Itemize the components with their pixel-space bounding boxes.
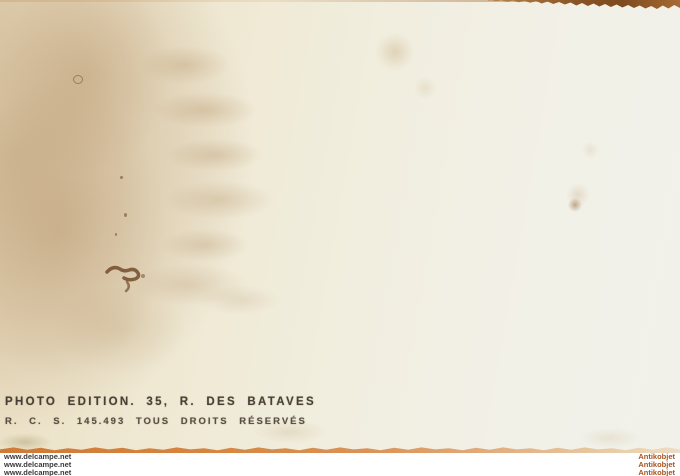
paper-speck [120,176,123,179]
scanned-postcard-image: PHOTO EDITION. 35, R. DES BATAVES R. C. … [0,0,680,476]
water-stain [0,0,680,453]
paper-speck [115,233,117,236]
ink-smudge-mark [103,262,155,296]
publisher-imprint: PHOTO EDITION. 35, R. DES BATAVES R. C. … [5,396,316,427]
paper-ring-mark [73,75,83,84]
watermark-line: Antikobjet [638,469,675,476]
watermark-delcampe: www.delcampe.net www.delcampe.net www.de… [4,453,71,476]
postcard-bottom-edge [0,445,680,453]
paper-speck [124,213,127,217]
postcard-back: PHOTO EDITION. 35, R. DES BATAVES R. C. … [0,0,680,453]
imprint-line-2: R. C. S. 145.493 TOUS DROITS RÉSERVÉS [5,416,316,427]
deckled-edge [488,0,680,10]
imprint-line-1: PHOTO EDITION. 35, R. DES BATAVES [5,396,316,408]
watermark-antikobjet: Antikobjet Antikobjet Antikobjet [638,453,675,476]
watermark-line: www.delcampe.net [4,469,71,476]
